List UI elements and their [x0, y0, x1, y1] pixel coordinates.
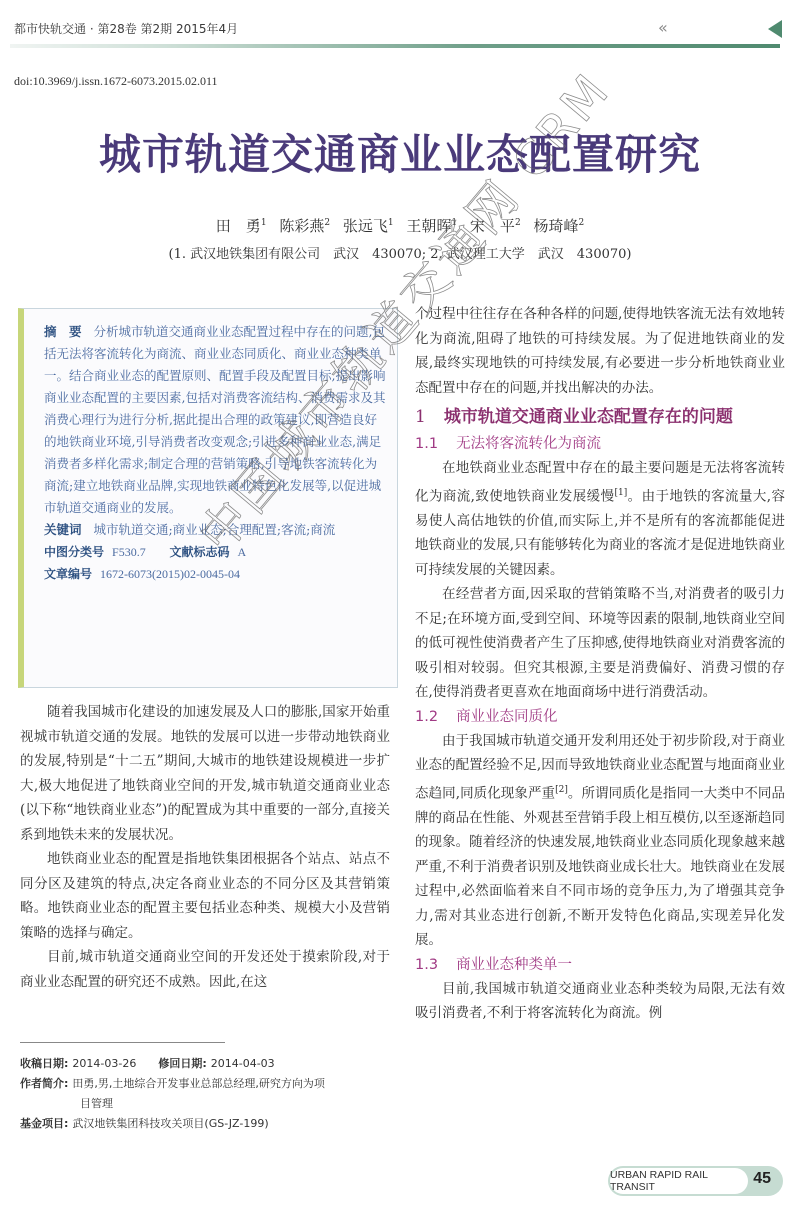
- author: 陈彩燕2: [279, 217, 330, 235]
- paragraph: 目前,城市轨道交通商业空间的开发还处于摸索阶段,对于商业业态配置的研究还不成熟。…: [20, 945, 390, 994]
- doc-code-label: 文献标志码: [170, 545, 230, 559]
- revised-value: 2014-04-03: [211, 1054, 275, 1074]
- journal-english-name: URBAN RAPID RAIL TRANSIT: [610, 1168, 748, 1194]
- subsection-heading-1-1: 1.1无法将客流转化为商流: [415, 432, 785, 456]
- abstract-text: 分析城市轨道交通商业业态配置过程中存在的问题,包括无法将客流转化为商流、商业业态…: [44, 324, 385, 515]
- page-footer-badge: URBAN RAPID RAIL TRANSIT 45: [608, 1166, 783, 1196]
- keywords-label: 关键词: [44, 522, 82, 537]
- paragraph: 随着我国城市化建设的加速发展及人口的膨胀,国家开始重视城市轨道交通的发展。地铁的…: [20, 700, 390, 847]
- page-number: 45: [753, 1170, 771, 1188]
- subsection-number: 1.1: [415, 436, 438, 452]
- paragraph: 地铁商业业态的配置是指地铁集团根据各个站点、站点不同分区及建筑的特点,决定各商业…: [20, 847, 390, 945]
- keywords-text: 城市轨道交通;商业业态;合理配置;客流;商流: [93, 522, 335, 537]
- author-bio-cont: 目管理: [20, 1094, 395, 1114]
- author-list: 田 勇1 陈彩燕2 张远飞1 王朝晖1 宋 平2 杨琦峰2: [0, 215, 800, 236]
- article-number-line: 文章编号1672-6073(2015)02-0045-04: [44, 563, 387, 585]
- footnotes: 收稿日期: 2014-03-26 修回日期: 2014-04-03 作者简介: …: [20, 1054, 395, 1134]
- abstract-box: 摘 要 分析城市轨道交通商业业态配置过程中存在的问题,包括无法将客流转化为商流、…: [18, 308, 398, 688]
- journal-header: 都市快轨交通 · 第28卷 第2期 2015年4月 «: [0, 0, 800, 60]
- header-divider: [10, 44, 780, 48]
- author: 杨琦峰2: [533, 217, 584, 235]
- subsection-title: 商业业态同质化: [456, 709, 558, 725]
- received-label: 收稿日期:: [20, 1054, 68, 1074]
- dates-line: 收稿日期: 2014-03-26 修回日期: 2014-04-03: [20, 1054, 395, 1074]
- classification-line: 中图分类号F530.7 文献标志码A: [44, 541, 387, 563]
- doc-code-value: A: [238, 545, 247, 559]
- abstract: 摘 要 分析城市轨道交通商业业态配置过程中存在的问题,包括无法将客流转化为商流、…: [44, 321, 387, 519]
- section-title: 城市轨道交通商业业态配置存在的问题: [444, 407, 733, 427]
- revised-label: 修回日期:: [158, 1054, 206, 1074]
- section-heading-1: 1城市轨道交通商业业态配置存在的问题: [415, 404, 785, 430]
- article-title: 城市轨道交通商业业态配置研究: [0, 122, 800, 182]
- double-chevron-left-icon: «: [658, 18, 668, 37]
- author-bio-line: 作者简介: 田勇,男,土地综合开发事业总部总经理,研究方向为项: [20, 1074, 395, 1094]
- clc-value: F530.7: [112, 545, 146, 559]
- clc-label: 中图分类号: [44, 545, 104, 559]
- author: 张远飞1: [343, 217, 394, 235]
- left-column: 随着我国城市化建设的加速发展及人口的膨胀,国家开始重视城市轨道交通的发展。地铁的…: [20, 700, 390, 994]
- citation: [2]: [555, 785, 568, 795]
- author: 王朝晖1: [406, 217, 457, 235]
- received-value: 2014-03-26: [72, 1054, 136, 1074]
- right-column: 个过程中往往存在各种各样的问题,使得地铁客流无法有效地转化为商流,阻碍了地铁的可…: [415, 302, 785, 1026]
- triangle-left-icon: [768, 20, 782, 38]
- subsection-number: 1.2: [415, 709, 438, 725]
- author: 田 勇1: [216, 217, 267, 235]
- paragraph: 目前,我国城市轨道交通商业业态种类较为局限,无法有效吸引消费者,不利于将客流转化…: [415, 977, 785, 1026]
- paragraph: 由于我国城市轨道交通开发利用还处于初步阶段,对于商业业态的配置经验不足,因而导致…: [415, 729, 785, 953]
- footnote-divider: [20, 1042, 225, 1043]
- doi: doi:10.3969/j.issn.1672-6073.2015.02.011: [14, 74, 218, 89]
- fund-value: 武汉地铁集团科技攻关项目(GS-JZ-199): [72, 1114, 268, 1134]
- author-bio-cont-text: 目管理: [80, 1094, 113, 1114]
- author-bio-value: 田勇,男,土地综合开发事业总部总经理,研究方向为项: [72, 1074, 325, 1094]
- article-no-value: 1672-6073(2015)02-0045-04: [100, 567, 240, 581]
- subsection-heading-1-3: 1.3商业业态种类单一: [415, 953, 785, 977]
- paragraph: 个过程中往往存在各种各样的问题,使得地铁客流无法有效地转化为商流,阻碍了地铁的可…: [415, 302, 785, 400]
- author-bio-label: 作者简介:: [20, 1074, 68, 1094]
- author: 宋 平2: [470, 217, 521, 235]
- fund-line: 基金项目: 武汉地铁集团科技攻关项目(GS-JZ-199): [20, 1114, 395, 1134]
- abstract-label: 摘 要: [44, 324, 82, 339]
- citation: [1]: [615, 488, 628, 498]
- subsection-heading-1-2: 1.2商业业态同质化: [415, 705, 785, 729]
- affiliations: (1. 武汉地铁集团有限公司 武汉 430070; 2. 武汉理工大学 武汉 4…: [0, 243, 800, 262]
- subsection-title: 商业业态种类单一: [456, 957, 572, 973]
- subsection-title: 无法将客流转化为商流: [456, 436, 601, 452]
- fund-label: 基金项目:: [20, 1114, 68, 1134]
- paragraph: 在地铁商业业态配置中存在的最主要问题是无法将客流转化为商流,致使地铁商业发展缓慢…: [415, 456, 785, 582]
- section-number: 1: [415, 407, 426, 427]
- subsection-number: 1.3: [415, 957, 438, 973]
- article-no-label: 文章编号: [44, 567, 92, 581]
- paragraph: 在经营者方面,因采取的营销策略不当,对消费者的吸引力不足;在环境方面,受到空间、…: [415, 582, 785, 705]
- journal-info: 都市快轨交通 · 第28卷 第2期 2015年4月: [14, 20, 238, 37]
- keywords: 关键词 城市轨道交通;商业业态;合理配置;客流;商流: [44, 519, 387, 541]
